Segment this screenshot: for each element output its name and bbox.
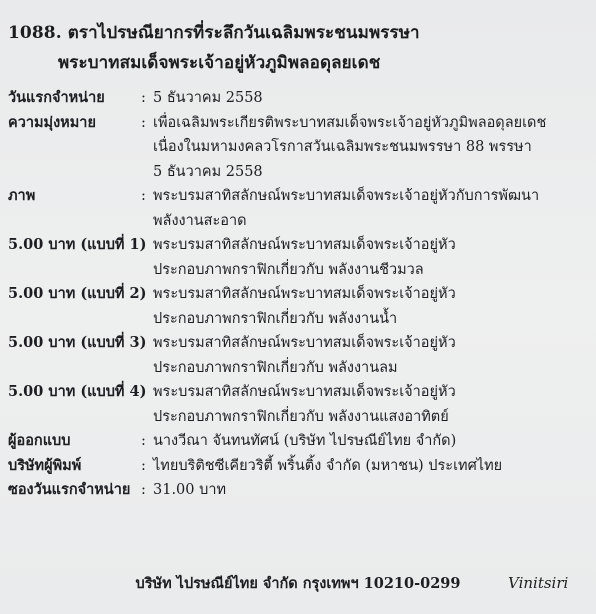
detail-row-purpose: ความมุ่งหมาย : เพื่อเฉลิมพระเกียรติพระบา… (8, 111, 594, 185)
value-line: พลังงานสะอาด (153, 209, 594, 234)
document-title: 1088. ตราไปรษณียากรที่ระลึกวันเฉลิมพระชน… (8, 18, 420, 78)
value-line: เนื่องในมหามงคลวโรกาสวันเฉลิมพระชนมพรรษา… (153, 135, 594, 160)
row-value: พระบรมสาทิสลักษณ์พระบาทสมเด็จพระเจ้าอยู่… (153, 233, 594, 282)
value-line: ประกอบภาพกราฟิกเกี่ยวกับ พลังงานน้ำ (153, 307, 594, 332)
value-line: เพื่อเฉลิมพระเกียรติพระบาทสมเด็จพระเจ้าอ… (153, 111, 594, 136)
detail-row-printer: บริษัทผู้พิมพ์ : ไทยบริติชซีเคียวริตี้ พ… (8, 454, 594, 479)
row-value: พระบรมสาทิสลักษณ์พระบาทสมเด็จพระเจ้าอยู่… (153, 282, 594, 331)
row-colon: : (141, 454, 153, 479)
value-line: นางวีณา จันทนทัศน์ (บริษัท ไปรษณีย์ไทย จ… (153, 429, 594, 454)
publisher-footer: บริษัท ไปรษณีย์ไทย จำกัด กรุงเทพฯ 10210-… (0, 572, 596, 595)
value-line: พระบรมสาทิสลักษณ์พระบาทสมเด็จพระเจ้าอยู่… (153, 331, 594, 356)
value-line: 5 ธันวาคม 2558 (153, 160, 594, 185)
detail-row-first-day-of-issue: วันแรกจำหน่าย : 5 ธันวาคม 2558 (8, 86, 594, 111)
detail-row-first-day-cover: ซองวันแรกจำหน่าย : 31.00 บาท (8, 478, 594, 503)
row-label: 5.00 บาท (แบบที่ 1) (8, 233, 141, 282)
row-colon: : (141, 282, 153, 331)
detail-row-image: ภาพ : พระบรมสาทิสลักษณ์พระบาทสมเด็จพระเจ… (8, 184, 594, 233)
row-colon: : (141, 478, 153, 503)
detail-row-stamp-design-3: 5.00 บาท (แบบที่ 3) : พระบรมสาทิสลักษณ์พ… (8, 331, 594, 380)
detail-row-stamp-design-4: 5.00 บาท (แบบที่ 4) : พระบรมสาทิสลักษณ์พ… (8, 380, 594, 429)
row-label: ภาพ (8, 184, 141, 233)
row-colon: : (141, 331, 153, 380)
row-colon: : (141, 429, 153, 454)
row-label: 5.00 บาท (แบบที่ 2) (8, 282, 141, 331)
row-value: พระบรมสาทิสลักษณ์พระบาทสมเด็จพระเจ้าอยู่… (153, 184, 594, 233)
details-table: วันแรกจำหน่าย : 5 ธันวาคม 2558 ความมุ่งห… (8, 86, 594, 503)
row-label: บริษัทผู้พิมพ์ (8, 454, 141, 479)
row-colon: : (141, 111, 153, 185)
value-line: 5 ธันวาคม 2558 (153, 86, 594, 111)
value-line: ไทยบริติชซีเคียวริตี้ พริ้นติ้ง จำกัด (ม… (153, 454, 594, 479)
row-colon: : (141, 184, 153, 233)
row-value: 31.00 บาท (153, 478, 594, 503)
row-label: 5.00 บาท (แบบที่ 4) (8, 380, 141, 429)
row-colon: : (141, 380, 153, 429)
value-line: 31.00 บาท (153, 478, 594, 503)
detail-row-stamp-design-1: 5.00 บาท (แบบที่ 1) : พระบรมสาทิสลักษณ์พ… (8, 233, 594, 282)
row-value: 5 ธันวาคม 2558 (153, 86, 594, 111)
row-label: ซองวันแรกจำหน่าย (8, 478, 141, 503)
value-line: พระบรมสาทิสลักษณ์พระบาทสมเด็จพระเจ้าอยู่… (153, 233, 594, 258)
row-label: วันแรกจำหน่าย (8, 86, 141, 111)
row-label: ความมุ่งหมาย (8, 111, 141, 185)
detail-row-designer: ผู้ออกแบบ : นางวีณา จันทนทัศน์ (บริษัท ไ… (8, 429, 594, 454)
value-line: ประกอบภาพกราฟิกเกี่ยวกับ พลังงานลม (153, 356, 594, 381)
row-value: พระบรมสาทิสลักษณ์พระบาทสมเด็จพระเจ้าอยู่… (153, 331, 594, 380)
value-line: พระบรมสาทิสลักษณ์พระบาทสมเด็จพระเจ้าอยู่… (153, 380, 594, 405)
row-colon: : (141, 233, 153, 282)
document-page: 1088. ตราไปรษณียากรที่ระลึกวันเฉลิมพระชน… (0, 0, 596, 614)
row-value: นางวีณา จันทนทัศน์ (บริษัท ไปรษณีย์ไทย จ… (153, 429, 594, 454)
title-line-1: 1088. ตราไปรษณียากรที่ระลึกวันเฉลิมพระชน… (8, 23, 420, 43)
signature-watermark: Vinitsiri (508, 574, 568, 592)
value-line: พระบรมสาทิสลักษณ์พระบาทสมเด็จพระเจ้าอยู่… (153, 184, 594, 209)
value-line: ประกอบภาพกราฟิกเกี่ยวกับ พลังงานชีวมวล (153, 258, 594, 283)
value-line: ประกอบภาพกราฟิกเกี่ยวกับ พลังงานแสงอาทิต… (153, 405, 594, 430)
value-line: พระบรมสาทิสลักษณ์พระบาทสมเด็จพระเจ้าอยู่… (153, 282, 594, 307)
row-label: ผู้ออกแบบ (8, 429, 141, 454)
detail-row-stamp-design-2: 5.00 บาท (แบบที่ 2) : พระบรมสาทิสลักษณ์พ… (8, 282, 594, 331)
row-value: ไทยบริติชซีเคียวริตี้ พริ้นติ้ง จำกัด (ม… (153, 454, 594, 479)
title-line-2: พระบาทสมเด็จพระเจ้าอยู่หัวภูมิพลอดุลยเดช (8, 48, 420, 78)
row-value: พระบรมสาทิสลักษณ์พระบาทสมเด็จพระเจ้าอยู่… (153, 380, 594, 429)
row-colon: : (141, 86, 153, 111)
row-label: 5.00 บาท (แบบที่ 3) (8, 331, 141, 380)
row-value: เพื่อเฉลิมพระเกียรติพระบาทสมเด็จพระเจ้าอ… (153, 111, 594, 185)
